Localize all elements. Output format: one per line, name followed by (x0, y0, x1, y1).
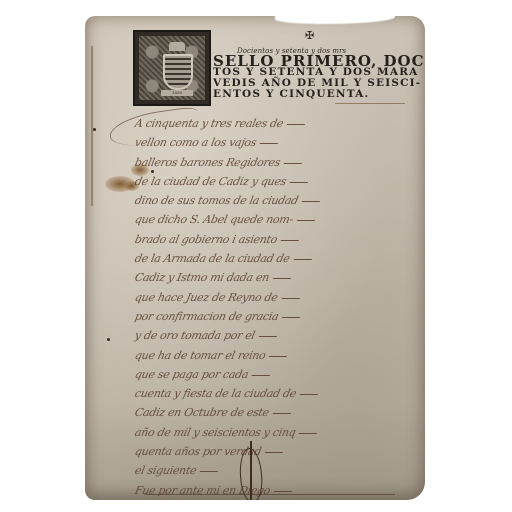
handwritten-line: brado al gobierno i asiento (133, 230, 407, 249)
handwritten-line: y de oro tomada por el (133, 326, 407, 345)
handwritten-line: por confirmacion de gracia (133, 307, 407, 326)
crown-icon (169, 42, 185, 51)
rubric-signature-stem (250, 441, 252, 500)
tax-stamp: 1650 (133, 30, 211, 106)
handwritten-line: que hace Juez de Reyno de (133, 288, 407, 307)
handwritten-line: de la ciudad de Cadiz y ques (133, 172, 407, 191)
handwritten-line: Cadiz y Istmo mi dada en (133, 268, 407, 287)
margin-line (91, 46, 93, 206)
cross-icon: ✠ (305, 30, 314, 41)
stamp-header-text: SELLO PRIMERO, DOCIEN- TOS Y SETENTA Y D… (213, 56, 398, 100)
handwritten-body: A cinquenta y tres reales de vellon como… (135, 114, 405, 500)
handwritten-line: que dicho S. Abel quede nom- (133, 210, 407, 229)
shield-icon (163, 54, 193, 90)
handwritten-line: el siguiente (133, 461, 407, 480)
handwritten-line: quenta años por verdad (133, 442, 407, 461)
signature-rule (145, 494, 395, 495)
manuscript-page: 1650 ✠ Docientos y setenta y dos mrs SEL… (85, 16, 425, 500)
handwritten-line: que se paga por cada (133, 365, 407, 384)
handwritten-line: vellon como a los vajos (133, 133, 407, 152)
handwritten-line: de la Armada de la ciudad de (133, 249, 407, 268)
handwritten-line: año de mil y seiscientos y cinq (133, 423, 407, 442)
handwritten-line: que ha de tomar el reino (133, 346, 407, 365)
handwritten-line: balleros barones Regidores (133, 153, 407, 172)
ink-dot (93, 128, 96, 131)
header-line: ENTOS Y CINQUENTA. (213, 89, 398, 100)
ink-dot (107, 338, 110, 341)
handwritten-line: Cadiz en Octubre de este (133, 403, 407, 422)
handwritten-line: A cinquenta y tres reales de (133, 114, 407, 133)
handwritten-line: Fue por ante mi en Diego (133, 481, 407, 500)
coat-of-arms-icon: 1650 (139, 36, 205, 100)
handwritten-line: cuenta y fiesta de la ciudad de (133, 384, 407, 403)
header-rule (335, 103, 405, 104)
handwritten-line: dino de sus tomos de la ciudad (133, 191, 407, 210)
torn-edge (275, 16, 395, 24)
stamp-year: 1650 (161, 90, 193, 96)
